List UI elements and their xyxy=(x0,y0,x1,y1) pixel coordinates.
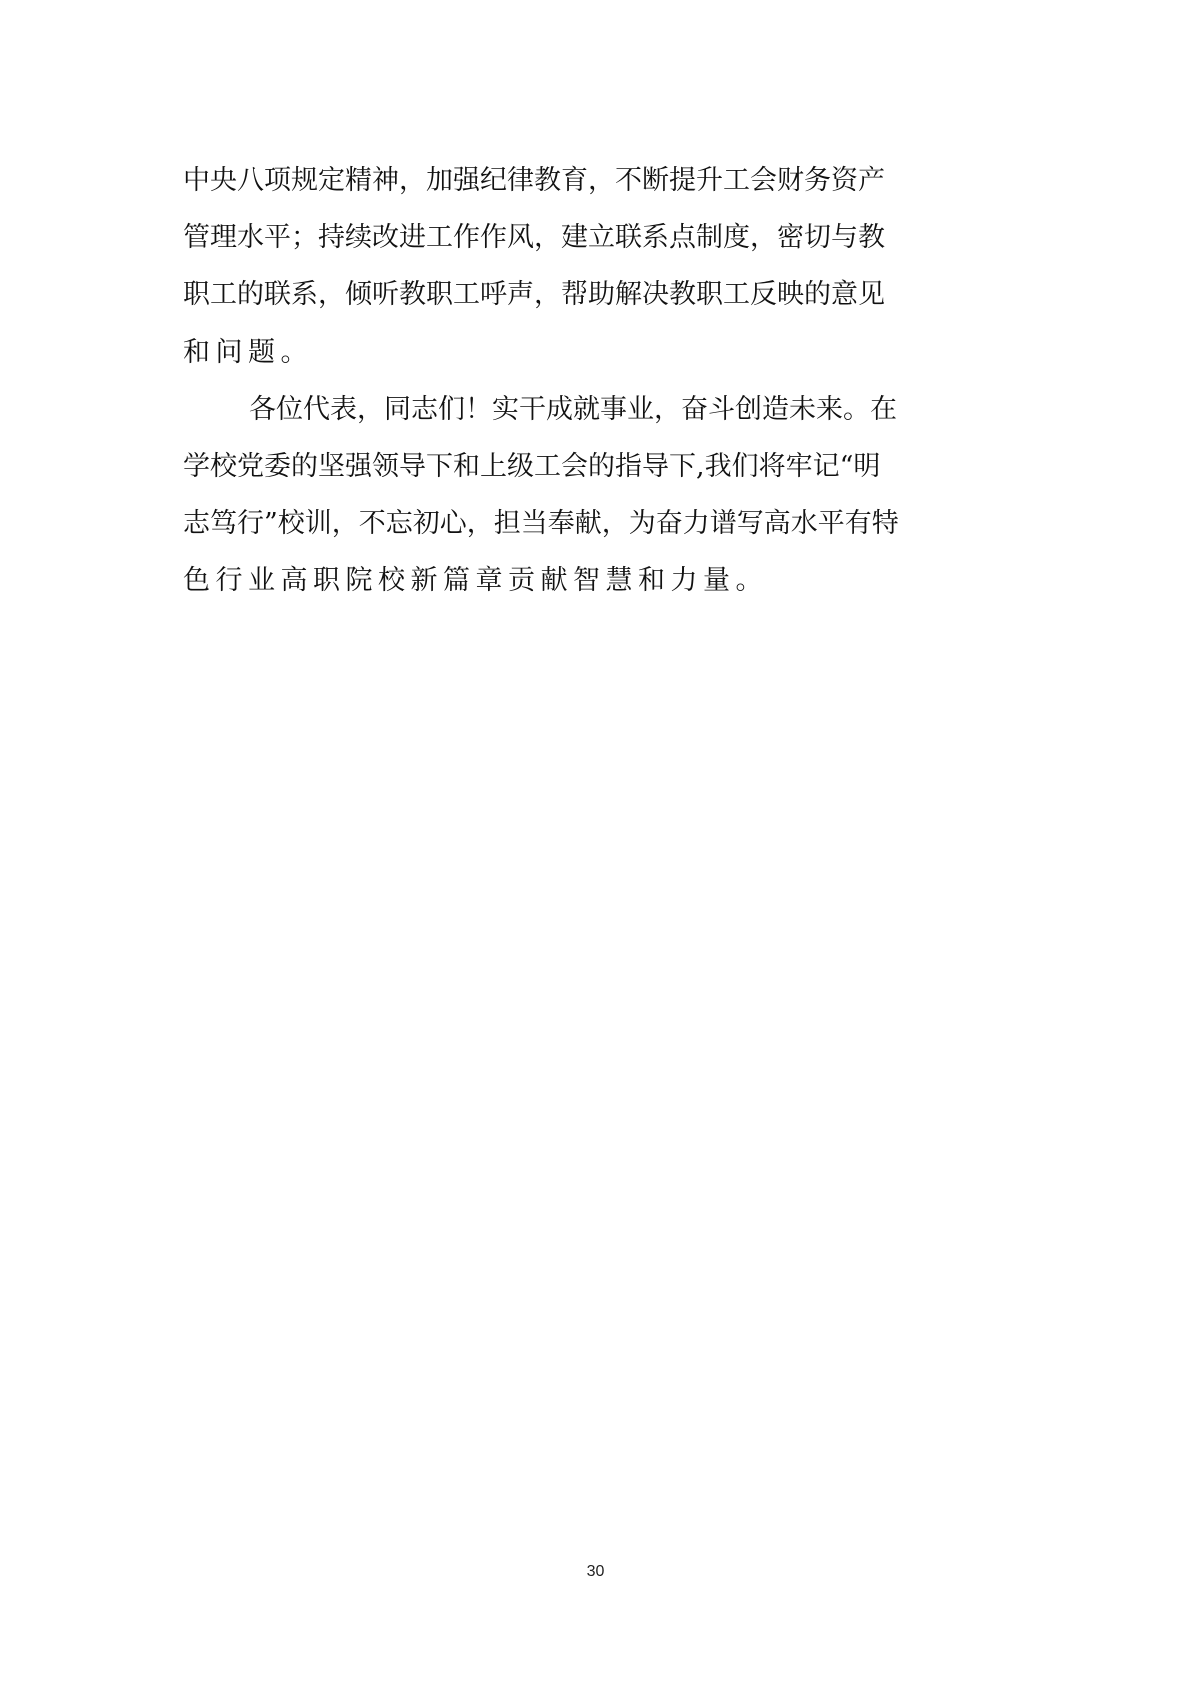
text-line: 志笃行”校训，不忘初心，担当奉献，为奋力谱写高水平有特 xyxy=(183,495,1009,552)
text-line: 中央八项规定精神，加强纪律教育，不断提升工会财务资产 xyxy=(183,152,1009,209)
text-line: 职工的联系，倾听教职工呼声，帮助解决教职工反映的意见 xyxy=(183,266,1009,323)
paragraph-2: 各位代表，同志们！实干成就事业，奋斗创造未来。在 学校党委的坚强领导下和上级工会… xyxy=(183,381,1009,610)
text-line: 各位代表，同志们！实干成就事业，奋斗创造未来。在 xyxy=(183,381,1009,438)
text-line: 学校党委的坚强领导下和上级工会的指导下,我们将牢记“明 xyxy=(183,438,1009,495)
document-page: 中央八项规定精神，加强纪律教育，不断提升工会财务资产 管理水平；持续改进工作作风… xyxy=(0,0,1191,1684)
body-text: 中央八项规定精神，加强纪律教育，不断提升工会财务资产 管理水平；持续改进工作作风… xyxy=(183,152,1009,610)
paragraph-1: 中央八项规定精神，加强纪律教育，不断提升工会财务资产 管理水平；持续改进工作作风… xyxy=(183,152,1009,381)
text-line: 管理水平；持续改进工作作风，建立联系点制度，密切与教 xyxy=(183,209,1009,266)
page-number: 30 xyxy=(0,1563,1191,1581)
text-line: 和问题。 xyxy=(183,324,1009,381)
text-line: 色行业高职院校新篇章贡献智慧和力量。 xyxy=(183,552,1009,609)
